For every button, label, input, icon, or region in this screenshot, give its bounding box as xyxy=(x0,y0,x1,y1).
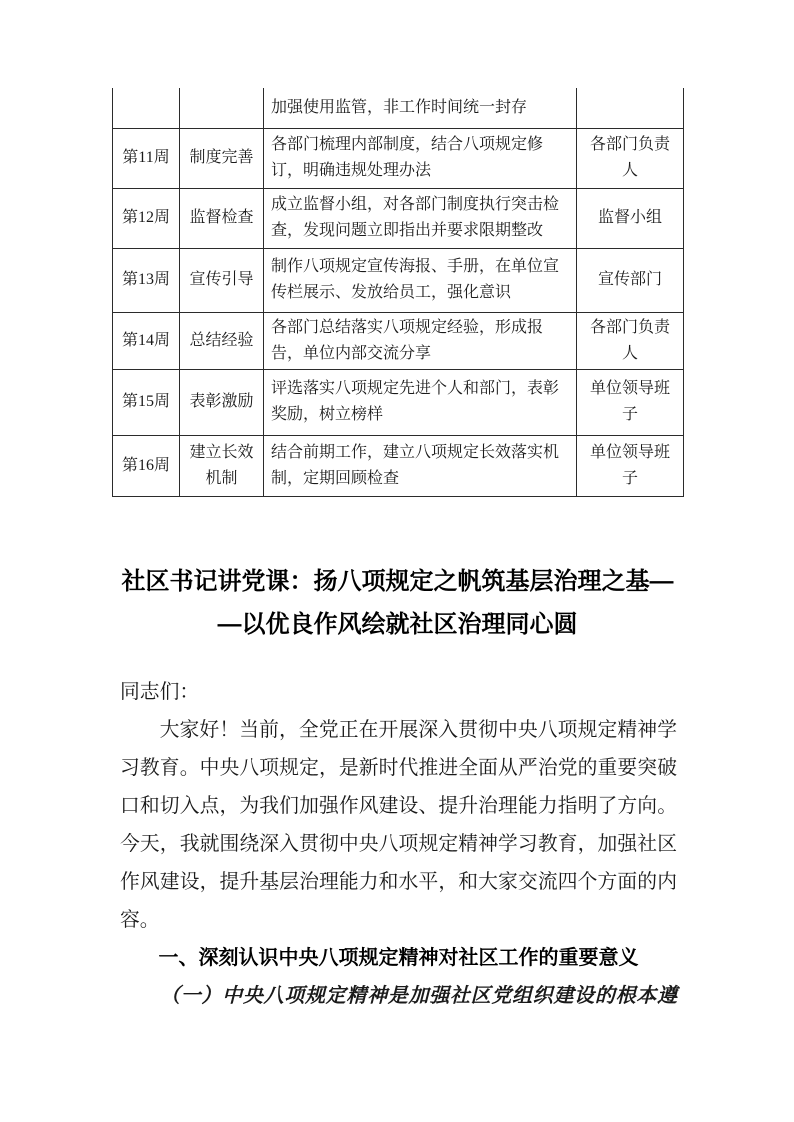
task-cell: 制度完善 xyxy=(180,128,264,188)
document-title-line2: —以优良作风绘就社区治理同心圆 xyxy=(112,603,683,646)
schedule-table: 加强使用监管，非工作时间统一封存 第11周 制度完善 各部门梳理内部制度，结合八… xyxy=(112,88,684,497)
week-cell: 第16周 xyxy=(113,435,180,496)
document-body: 同志们： 大家好！当前，全党正在开展深入贯彻中央八项规定精神学习教育。中央八项规… xyxy=(120,673,677,1015)
week-cell: 第13周 xyxy=(113,248,180,312)
description-cell: 成立监督小组，对各部门制度执行突击检查，发现问题立即指出并要求限期整改 xyxy=(264,188,577,248)
task-cell: 建立长效机制 xyxy=(180,435,264,496)
document-title-line1: 社区书记讲党课：扬八项规定之帆筑基层治理之基— xyxy=(112,560,683,603)
intro-paragraph: 大家好！当前，全党正在开展深入贯彻中央八项规定精神学习教育。中央八项规定，是新时… xyxy=(120,711,677,939)
table-row: 第12周 监督检查 成立监督小组，对各部门制度执行突击检查，发现问题立即指出并要… xyxy=(113,188,684,248)
document-title: 社区书记讲党课：扬八项规定之帆筑基层治理之基— —以优良作风绘就社区治理同心圆 xyxy=(112,560,683,646)
week-cell: 第11周 xyxy=(113,128,180,188)
week-cell xyxy=(113,88,180,128)
task-cell: 表彰激励 xyxy=(180,369,264,435)
table-row: 第14周 总结经验 各部门总结落实八项规定经验，形成报告，单位内部交流分享 各部… xyxy=(113,312,684,369)
week-cell: 第15周 xyxy=(113,369,180,435)
table-row: 第15周 表彰激励 评选落实八项规定先进个人和部门，表彰奖励，树立榜样 单位领导… xyxy=(113,369,684,435)
document-page: 加强使用监管，非工作时间统一封存 第11周 制度完善 各部门梳理内部制度，结合八… xyxy=(0,0,794,1122)
description-cell: 各部门总结落实八项规定经验，形成报告，单位内部交流分享 xyxy=(264,312,577,369)
owner-cell xyxy=(577,88,684,128)
subsection-heading-1: （一）中央八项规定精神是加强社区党组织建设的根本遵 xyxy=(120,977,677,1015)
task-cell: 宣传引导 xyxy=(180,248,264,312)
salutation: 同志们： xyxy=(120,673,677,711)
description-cell: 制作八项规定宣传海报、手册，在单位宣传栏展示、发放给员工，强化意识 xyxy=(264,248,577,312)
description-cell: 评选落实八项规定先进个人和部门，表彰奖励，树立榜样 xyxy=(264,369,577,435)
section-heading-1: 一、深刻认识中央八项规定精神对社区工作的重要意义 xyxy=(120,939,677,977)
week-cell: 第12周 xyxy=(113,188,180,248)
table-row: 第11周 制度完善 各部门梳理内部制度，结合八项规定修订，明确违规处理办法 各部… xyxy=(113,128,684,188)
owner-cell: 单位领导班子 xyxy=(577,435,684,496)
description-cell: 各部门梳理内部制度，结合八项规定修订，明确违规处理办法 xyxy=(264,128,577,188)
task-cell: 总结经验 xyxy=(180,312,264,369)
task-cell: 监督检查 xyxy=(180,188,264,248)
table-row: 第16周 建立长效机制 结合前期工作，建立八项规定长效落实机制，定期回顾检查 单… xyxy=(113,435,684,496)
owner-cell: 宣传部门 xyxy=(577,248,684,312)
description-cell: 结合前期工作，建立八项规定长效落实机制，定期回顾检查 xyxy=(264,435,577,496)
owner-cell: 各部门负责人 xyxy=(577,312,684,369)
table-row: 加强使用监管，非工作时间统一封存 xyxy=(113,88,684,128)
week-cell: 第14周 xyxy=(113,312,180,369)
owner-cell: 监督小组 xyxy=(577,188,684,248)
page-content: 加强使用监管，非工作时间统一封存 第11周 制度完善 各部门梳理内部制度，结合八… xyxy=(112,88,683,1015)
owner-cell: 单位领导班子 xyxy=(577,369,684,435)
task-cell xyxy=(180,88,264,128)
owner-cell: 各部门负责人 xyxy=(577,128,684,188)
table-row: 第13周 宣传引导 制作八项规定宣传海报、手册，在单位宣传栏展示、发放给员工，强… xyxy=(113,248,684,312)
description-cell: 加强使用监管，非工作时间统一封存 xyxy=(264,88,577,128)
